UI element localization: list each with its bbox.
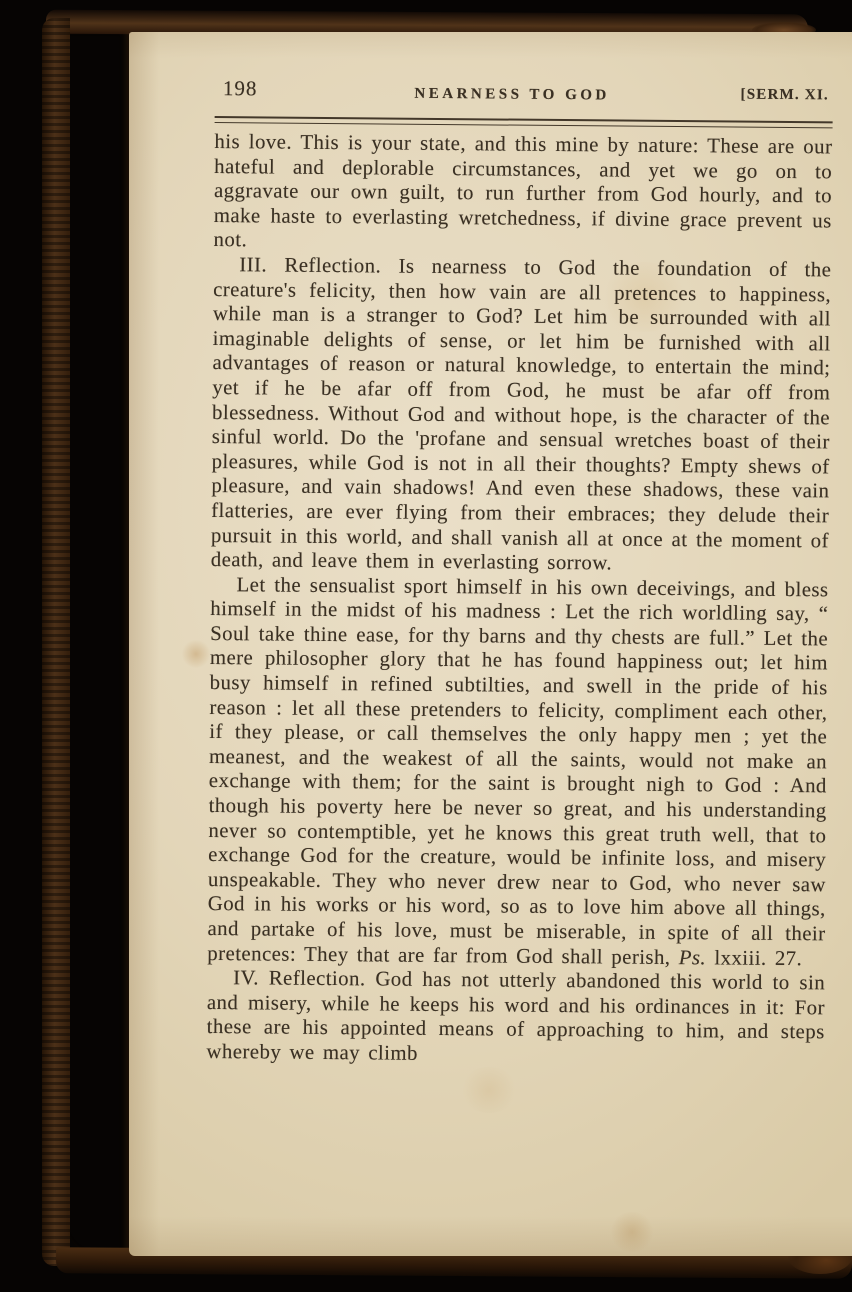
paragraph-text: his love. This is your state, and this m…	[213, 130, 832, 252]
paragraph-text: Let the sensualist sport himself in his …	[207, 573, 828, 969]
paragraph-reflection-4: IV. Reflection. God has not utterly aban…	[206, 966, 825, 1070]
paper-stain	[459, 1067, 519, 1113]
paragraph-sensualist: Let the sensualist sport himself in his …	[207, 573, 828, 972]
fanned-page-edges	[66, 30, 130, 1256]
sermon-section-label: [SERM. XI.	[741, 87, 829, 105]
printed-page-content: 198 NEARNESS TO GOD [SERM. XI. his love.…	[206, 76, 833, 1070]
paragraph-reflection-3: III. Reflection. Is nearness to God the …	[211, 253, 832, 578]
paper-stain	[181, 640, 211, 668]
page-number: 198	[223, 76, 258, 101]
paragraph-continuation: his love. This is your state, and this m…	[213, 130, 832, 258]
body-text: his love. This is your state, and this m…	[206, 130, 832, 1070]
paragraph-text: IV. Reflection. God has not utterly aban…	[206, 966, 825, 1064]
book-page: 198 NEARNESS TO GOD [SERM. XI. his love.…	[129, 32, 852, 1256]
paragraph-text: III. Reflection. Is nearness to God the …	[211, 253, 832, 574]
paper-stain	[609, 1212, 655, 1252]
scripture-citation: Ps.	[679, 946, 707, 969]
running-title: NEARNESS TO GOD	[414, 86, 609, 105]
scanned-book-photo: { "page": { "number": "198", "running_ti…	[0, 0, 852, 1292]
scripture-citation-reference: lxxiii. 27.	[706, 946, 802, 970]
page-header: 198 NEARNESS TO GOD [SERM. XI.	[215, 76, 833, 121]
